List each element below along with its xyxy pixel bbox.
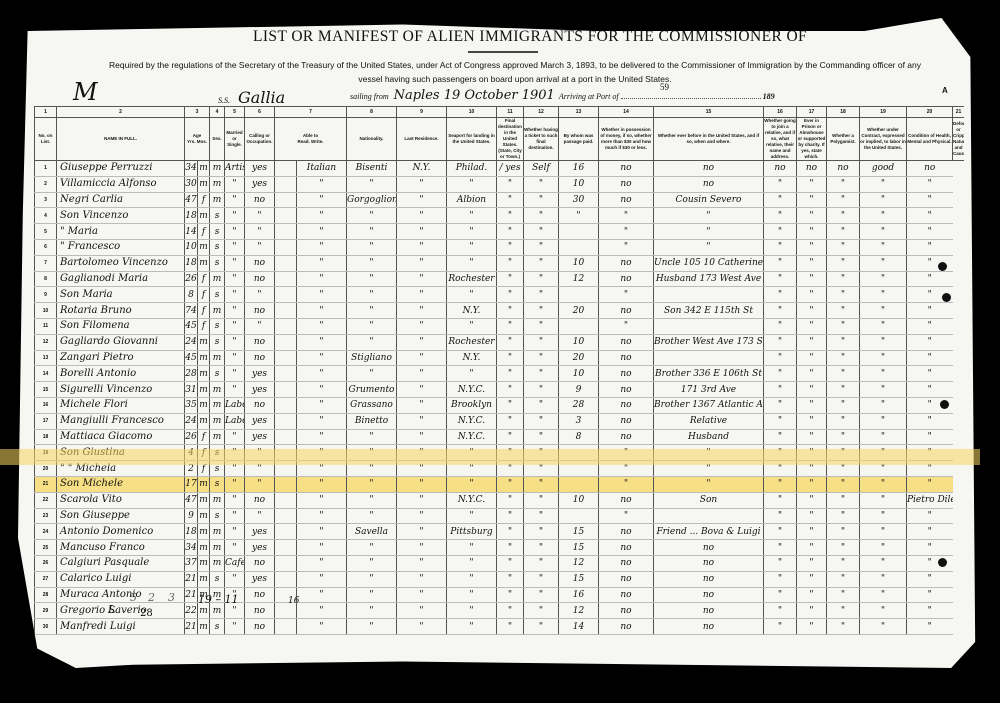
cell-sex: f xyxy=(198,303,210,319)
cell-tkt: " xyxy=(497,413,524,429)
cell-tkt: " xyxy=(497,603,524,619)
cell-res: Savella xyxy=(347,524,397,540)
cell-occ: Labourer xyxy=(225,413,245,429)
cell-before: no xyxy=(599,619,654,635)
cell-tkt: " xyxy=(497,571,524,587)
cell-sex: m xyxy=(198,334,210,350)
cell-write xyxy=(275,366,297,382)
cell-health: " xyxy=(860,366,907,382)
cell-money: 30 xyxy=(559,192,599,208)
column-number-row: 1 2 3 4 5 6 7 8 9 10 11 12 13 14 15 16 1… xyxy=(35,107,965,118)
cell-sex: m xyxy=(198,524,210,540)
cell-dest: " xyxy=(447,587,497,603)
cell-sex: m xyxy=(198,508,210,524)
cell-nat: " xyxy=(297,176,347,192)
cell-age: 18 xyxy=(185,208,198,224)
cell-money: 10 xyxy=(559,366,599,382)
cell-res: Grassano xyxy=(347,397,397,413)
cell-read: no xyxy=(245,334,275,350)
row-number: 15 xyxy=(35,382,57,398)
cell-nat: " xyxy=(297,271,347,287)
cell-port: " xyxy=(397,397,447,413)
cell-read: yes xyxy=(245,524,275,540)
cell-ms: m xyxy=(210,413,225,429)
cell-health: " xyxy=(860,619,907,635)
row-number: 9 xyxy=(35,287,57,303)
cell-tkt: " xyxy=(497,508,524,524)
cell-occ: " xyxy=(225,334,245,350)
cell-ms: s xyxy=(210,287,225,303)
cell-health: " xyxy=(860,303,907,319)
cell-age: 31 xyxy=(185,382,198,398)
cell-prison: " xyxy=(764,366,797,382)
col-num: 15 xyxy=(654,107,764,118)
cell-age: 18 xyxy=(185,255,198,271)
ink-blot xyxy=(942,293,951,302)
cell-sex: m xyxy=(198,350,210,366)
col-num: 14 xyxy=(599,107,654,118)
cell-join: " xyxy=(654,208,764,224)
row-number: 1 xyxy=(35,161,57,177)
cell-before: " xyxy=(599,318,654,334)
cell-paid: " xyxy=(524,429,559,445)
cell-join: no xyxy=(654,161,764,177)
cell-port: " xyxy=(397,224,447,240)
col-num: 10 xyxy=(447,107,497,118)
cell-read: yes xyxy=(245,413,275,429)
cell-money: 8 xyxy=(559,429,599,445)
cell-before: no xyxy=(599,161,654,177)
cell-port: " xyxy=(397,239,447,255)
cell-ms: m xyxy=(210,192,225,208)
cell-prison: " xyxy=(764,255,797,271)
cell-health: " xyxy=(860,318,907,334)
ship-prefix: S.S. xyxy=(218,96,230,105)
cell-res: Grumento xyxy=(347,382,397,398)
passenger-name: " Francesco xyxy=(57,239,185,255)
cell-before: " xyxy=(599,508,654,524)
cell-port: " xyxy=(397,287,447,303)
cell-write xyxy=(275,476,297,492)
cell-before: no xyxy=(599,413,654,429)
cell-join xyxy=(654,350,764,366)
cell-money: 10 xyxy=(559,255,599,271)
ship-field: S.S. Gallia xyxy=(218,88,285,107)
cell-before: no xyxy=(599,176,654,192)
cell-dest: N.Y.C. xyxy=(447,492,497,508)
cell-tkt: " xyxy=(497,350,524,366)
cell-before: " xyxy=(599,239,654,255)
arriving-port-blank xyxy=(621,98,761,99)
cell-port: " xyxy=(397,208,447,224)
cell-health: " xyxy=(860,271,907,287)
table-row: 7Bartolomeo Vincenzo18ms"no""""""10noUnc… xyxy=(35,255,965,271)
cell-contract: " xyxy=(827,476,860,492)
cell-write xyxy=(275,429,297,445)
cell-dest: Rochester xyxy=(447,271,497,287)
cell-port: " xyxy=(397,587,447,603)
cell-nat: " xyxy=(297,382,347,398)
cell-port: " xyxy=(397,571,447,587)
cell-tkt: " xyxy=(497,619,524,635)
cell-deformed: " xyxy=(907,334,953,350)
cell-dest: " xyxy=(447,476,497,492)
cell-ms: m xyxy=(210,397,225,413)
cell-contract: " xyxy=(827,587,860,603)
table-row: 23Son Giuseppe9ms"""""""""""""" xyxy=(35,508,965,524)
cell-occ: " xyxy=(225,366,245,382)
cell-money: 16 xyxy=(559,161,599,177)
cell-write xyxy=(275,619,297,635)
cell-poly: " xyxy=(797,476,827,492)
cell-contract: " xyxy=(827,318,860,334)
cell-contract: " xyxy=(827,492,860,508)
cell-join: Friend ... Bova & Luigi xyxy=(654,524,764,540)
cell-read: no xyxy=(245,603,275,619)
cell-dest: N.Y.C. xyxy=(447,382,497,398)
cell-join: " xyxy=(654,239,764,255)
cell-paid: " xyxy=(524,492,559,508)
cell-deformed: " xyxy=(907,350,953,366)
cell-health: " xyxy=(860,382,907,398)
cell-ms: m xyxy=(210,555,225,571)
cell-before: " xyxy=(599,476,654,492)
cell-tkt: " xyxy=(497,176,524,192)
cell-money xyxy=(559,508,599,524)
cell-ms: s xyxy=(210,334,225,350)
cell-paid: " xyxy=(524,334,559,350)
cell-occ: " xyxy=(225,208,245,224)
cell-join: no xyxy=(654,540,764,556)
ink-blot xyxy=(938,262,947,271)
row-number: 17 xyxy=(35,413,57,429)
cell-money: 15 xyxy=(559,524,599,540)
header-age-mos: Mos. xyxy=(197,139,207,144)
cell-read: " xyxy=(245,318,275,334)
cell-write xyxy=(275,397,297,413)
cell-poly: " xyxy=(797,303,827,319)
cell-poly: " xyxy=(797,524,827,540)
cell-write xyxy=(275,413,297,429)
header-ticket: Whether having a ticket to such final de… xyxy=(524,118,559,161)
cell-poly: " xyxy=(797,382,827,398)
cell-poly: " xyxy=(797,224,827,240)
row-number: 4 xyxy=(35,208,57,224)
header-ever-before: Whether ever before in the United States… xyxy=(654,118,764,161)
passenger-name: Son Maria xyxy=(57,287,185,303)
cell-health: " xyxy=(860,176,907,192)
row-number: 26 xyxy=(35,555,57,571)
passenger-name: Gagliardo Giovanni xyxy=(57,334,185,350)
cell-write xyxy=(275,350,297,366)
cell-dest: N.Y. xyxy=(447,350,497,366)
sailing-from-label: sailing from xyxy=(350,92,389,101)
cell-res: Binetto xyxy=(347,413,397,429)
cell-paid: " xyxy=(524,413,559,429)
cell-join: Cousin Severo xyxy=(654,192,764,208)
cell-paid: " xyxy=(524,224,559,240)
cell-age: 21 xyxy=(185,619,198,635)
cell-paid: " xyxy=(524,176,559,192)
cell-res: " xyxy=(347,540,397,556)
cell-port: " xyxy=(397,540,447,556)
cell-occ: " xyxy=(225,429,245,445)
cell-join: Uncle 105 10 Catherine St xyxy=(654,255,764,271)
cell-dest: " xyxy=(447,224,497,240)
cell-tkt: " xyxy=(497,255,524,271)
cell-prison: " xyxy=(764,429,797,445)
cell-port: " xyxy=(397,350,447,366)
cell-dest: Rochester xyxy=(447,334,497,350)
cell-tkt: " xyxy=(497,492,524,508)
cell-join: no xyxy=(654,555,764,571)
cell-paid: " xyxy=(524,318,559,334)
cell-deformed: " xyxy=(907,239,953,255)
cell-age: 18 xyxy=(185,524,198,540)
cell-nat: " xyxy=(297,476,347,492)
cell-write xyxy=(275,255,297,271)
cell-write xyxy=(275,161,297,177)
row-number: 27 xyxy=(35,571,57,587)
cell-before: no xyxy=(599,587,654,603)
col-num: 18 xyxy=(827,107,860,118)
cell-read: yes xyxy=(245,176,275,192)
cell-write xyxy=(275,508,297,524)
header-able-sub: Read. Write. xyxy=(275,139,346,145)
cell-age: 28 xyxy=(185,366,198,382)
tally-3: 3 xyxy=(168,591,175,604)
cell-deformed: no xyxy=(907,161,953,177)
cell-poly: " xyxy=(797,208,827,224)
header-join-relative: Whether going to join a relative, and if… xyxy=(764,118,797,161)
cell-contract: " xyxy=(827,619,860,635)
cell-res: " xyxy=(347,619,397,635)
cell-prison: " xyxy=(764,350,797,366)
cell-read: yes xyxy=(245,366,275,382)
cell-poly: " xyxy=(797,508,827,524)
cell-age: 30 xyxy=(185,176,198,192)
cell-paid: " xyxy=(524,587,559,603)
cell-sex: m xyxy=(198,382,210,398)
cell-prison: " xyxy=(764,508,797,524)
passenger-name: Rotaria Bruno xyxy=(57,303,185,319)
cell-tkt: " xyxy=(497,271,524,287)
cell-port: " xyxy=(397,508,447,524)
cell-ms: m xyxy=(210,524,225,540)
row-number: 10 xyxy=(35,303,57,319)
cell-health: " xyxy=(860,476,907,492)
cell-write xyxy=(275,303,297,319)
table-row: 16Michele Flori35mmLabourerno"Grassano"B… xyxy=(35,397,965,413)
cell-paid: " xyxy=(524,524,559,540)
passenger-name: Mangiulli Francesco xyxy=(57,413,185,429)
row-number: 25 xyxy=(35,540,57,556)
corner-letter: A xyxy=(942,86,948,95)
cell-paid: " xyxy=(524,350,559,366)
cell-read: " xyxy=(245,508,275,524)
cell-paid: " xyxy=(524,540,559,556)
cell-before: no xyxy=(599,382,654,398)
cell-deformed: " xyxy=(907,429,953,445)
passenger-name: Scarola Vito xyxy=(57,492,185,508)
ink-blot xyxy=(938,558,947,567)
cell-join xyxy=(654,318,764,334)
cell-contract: no xyxy=(827,161,860,177)
cell-age: 24 xyxy=(185,413,198,429)
cell-tkt: " xyxy=(497,476,524,492)
tally-2: 2 xyxy=(148,591,155,604)
col-num: 20 xyxy=(907,107,953,118)
cell-nat: " xyxy=(297,303,347,319)
cell-tkt: " xyxy=(497,239,524,255)
row-number: 18 xyxy=(35,429,57,445)
cell-tkt: " xyxy=(497,224,524,240)
cell-money: 12 xyxy=(559,603,599,619)
cell-poly: " xyxy=(797,492,827,508)
cell-deformed: " xyxy=(907,303,953,319)
cell-poly: " xyxy=(797,255,827,271)
cell-join: 171 3rd Ave xyxy=(654,382,764,398)
col-num: 5 xyxy=(225,107,245,118)
cell-poly: " xyxy=(797,555,827,571)
cell-read: no xyxy=(245,619,275,635)
cell-sex: m xyxy=(198,239,210,255)
header-deformed: Deformed or Crippled. Nature and Cause. xyxy=(953,118,965,161)
column-header-row: No. on List. NAME IN FULL. AgeYrs. Mos. … xyxy=(35,118,965,161)
cell-port: N.Y. xyxy=(397,161,447,177)
cell-read: no xyxy=(245,397,275,413)
cell-join: Husband 173 West Ave xyxy=(654,271,764,287)
cell-join: Husband xyxy=(654,429,764,445)
cell-health: good xyxy=(860,161,907,177)
regulation-line-2: vessel having such passengers on board u… xyxy=(70,72,960,86)
header-passage-paid: By whom was passage paid. xyxy=(559,118,599,161)
cell-occ: " xyxy=(225,239,245,255)
cell-join: no xyxy=(654,176,764,192)
cell-occ: " xyxy=(225,350,245,366)
cell-read: yes xyxy=(245,382,275,398)
cell-paid: " xyxy=(524,208,559,224)
cell-before: no xyxy=(599,366,654,382)
cell-contract: " xyxy=(827,508,860,524)
cell-deformed: " xyxy=(907,508,953,524)
cell-deformed: " xyxy=(907,271,953,287)
cell-money: 16 xyxy=(559,587,599,603)
col-num: 13 xyxy=(559,107,599,118)
cell-deformed: " xyxy=(907,413,953,429)
col-num: 8 xyxy=(347,107,397,118)
passenger-name: Negri Carlia xyxy=(57,192,185,208)
cell-read: no xyxy=(245,587,275,603)
table-row: 8Gaglianodi Maria26fm"no"""Rochester""12… xyxy=(35,271,965,287)
cell-ms: s xyxy=(210,255,225,271)
col-num: 3 xyxy=(185,107,210,118)
cell-contract: " xyxy=(827,524,860,540)
cell-deformed: " xyxy=(907,208,953,224)
row-number: 28 xyxy=(35,587,57,603)
cell-join xyxy=(654,508,764,524)
passenger-name: Antonio Domenico xyxy=(57,524,185,540)
cell-nat: " xyxy=(297,587,347,603)
cell-contract: " xyxy=(827,540,860,556)
passenger-rows: 1Giuseppe Perruzzi34mmArtisanyesItalianB… xyxy=(35,161,965,635)
cell-read: yes xyxy=(245,540,275,556)
cell-contract: " xyxy=(827,239,860,255)
cell-port: " xyxy=(397,176,447,192)
header-health: Condition of Health, Mental and Physical… xyxy=(907,118,953,161)
cell-money: 12 xyxy=(559,555,599,571)
cell-deformed: " xyxy=(907,224,953,240)
cell-join: Brother West Ave 173 St xyxy=(654,334,764,350)
cell-ms: m xyxy=(210,176,225,192)
regulation-text: Required by the regulations of the Secre… xyxy=(70,58,960,86)
year-suffix: 189 xyxy=(763,92,775,101)
cell-paid: " xyxy=(524,619,559,635)
passenger-name: Son Giuseppe xyxy=(57,508,185,524)
cell-occ: " xyxy=(225,524,245,540)
cell-nat: " xyxy=(297,492,347,508)
cell-join xyxy=(654,287,764,303)
cell-res: " xyxy=(347,476,397,492)
table-row: 5" Maria14fs""""""""""""""" xyxy=(35,224,965,240)
cell-sex: m xyxy=(198,492,210,508)
cell-before: no xyxy=(599,334,654,350)
header-prison: Ever in Prison or Almshouse or supported… xyxy=(797,118,827,161)
cell-contract: " xyxy=(827,224,860,240)
cell-read: no xyxy=(245,303,275,319)
cell-health: " xyxy=(860,255,907,271)
cell-prison: " xyxy=(764,619,797,635)
cell-before: no xyxy=(599,603,654,619)
cell-deformed: " xyxy=(907,571,953,587)
cell-write xyxy=(275,571,297,587)
cell-prison: no xyxy=(764,161,797,177)
table-row: 11Son Filomena45fs"""""""""""""" xyxy=(35,318,965,334)
cell-read: " xyxy=(245,239,275,255)
cell-read: " xyxy=(245,476,275,492)
cell-write xyxy=(275,271,297,287)
cell-write xyxy=(275,176,297,192)
cell-dest: Albion xyxy=(447,192,497,208)
cell-age: 34 xyxy=(185,161,198,177)
cell-before: no xyxy=(599,303,654,319)
cell-contract: " xyxy=(827,192,860,208)
header-age: AgeYrs. Mos. xyxy=(185,118,210,161)
regulation-line-1: Required by the regulations of the Secre… xyxy=(70,58,960,72)
header-age-sub: Yrs. Mos. xyxy=(185,139,209,145)
cell-before: no xyxy=(599,540,654,556)
table-row: 2Villamiccia Alfonso30mm"yes""""""10nono… xyxy=(35,176,965,192)
cell-sex: m xyxy=(198,255,210,271)
cell-before: no xyxy=(599,524,654,540)
cell-res: " xyxy=(347,334,397,350)
cell-health: " xyxy=(860,208,907,224)
cell-health: " xyxy=(860,587,907,603)
cell-money: 12 xyxy=(559,271,599,287)
cell-ms: s xyxy=(210,318,225,334)
cell-port: " xyxy=(397,619,447,635)
cell-nat: " xyxy=(297,255,347,271)
cell-deformed: " xyxy=(907,176,953,192)
header-read: Read. xyxy=(298,139,310,144)
cell-money xyxy=(559,239,599,255)
cell-contract: " xyxy=(827,397,860,413)
cell-write xyxy=(275,224,297,240)
passenger-name: Calgiuri Pasquale xyxy=(57,555,185,571)
sailing-from-value: Naples 19 October 1901 xyxy=(394,88,555,103)
cell-paid: " xyxy=(524,476,559,492)
table-row: 13Zangari Pietro45mm"no"Stigliano"N.Y.""… xyxy=(35,350,965,366)
